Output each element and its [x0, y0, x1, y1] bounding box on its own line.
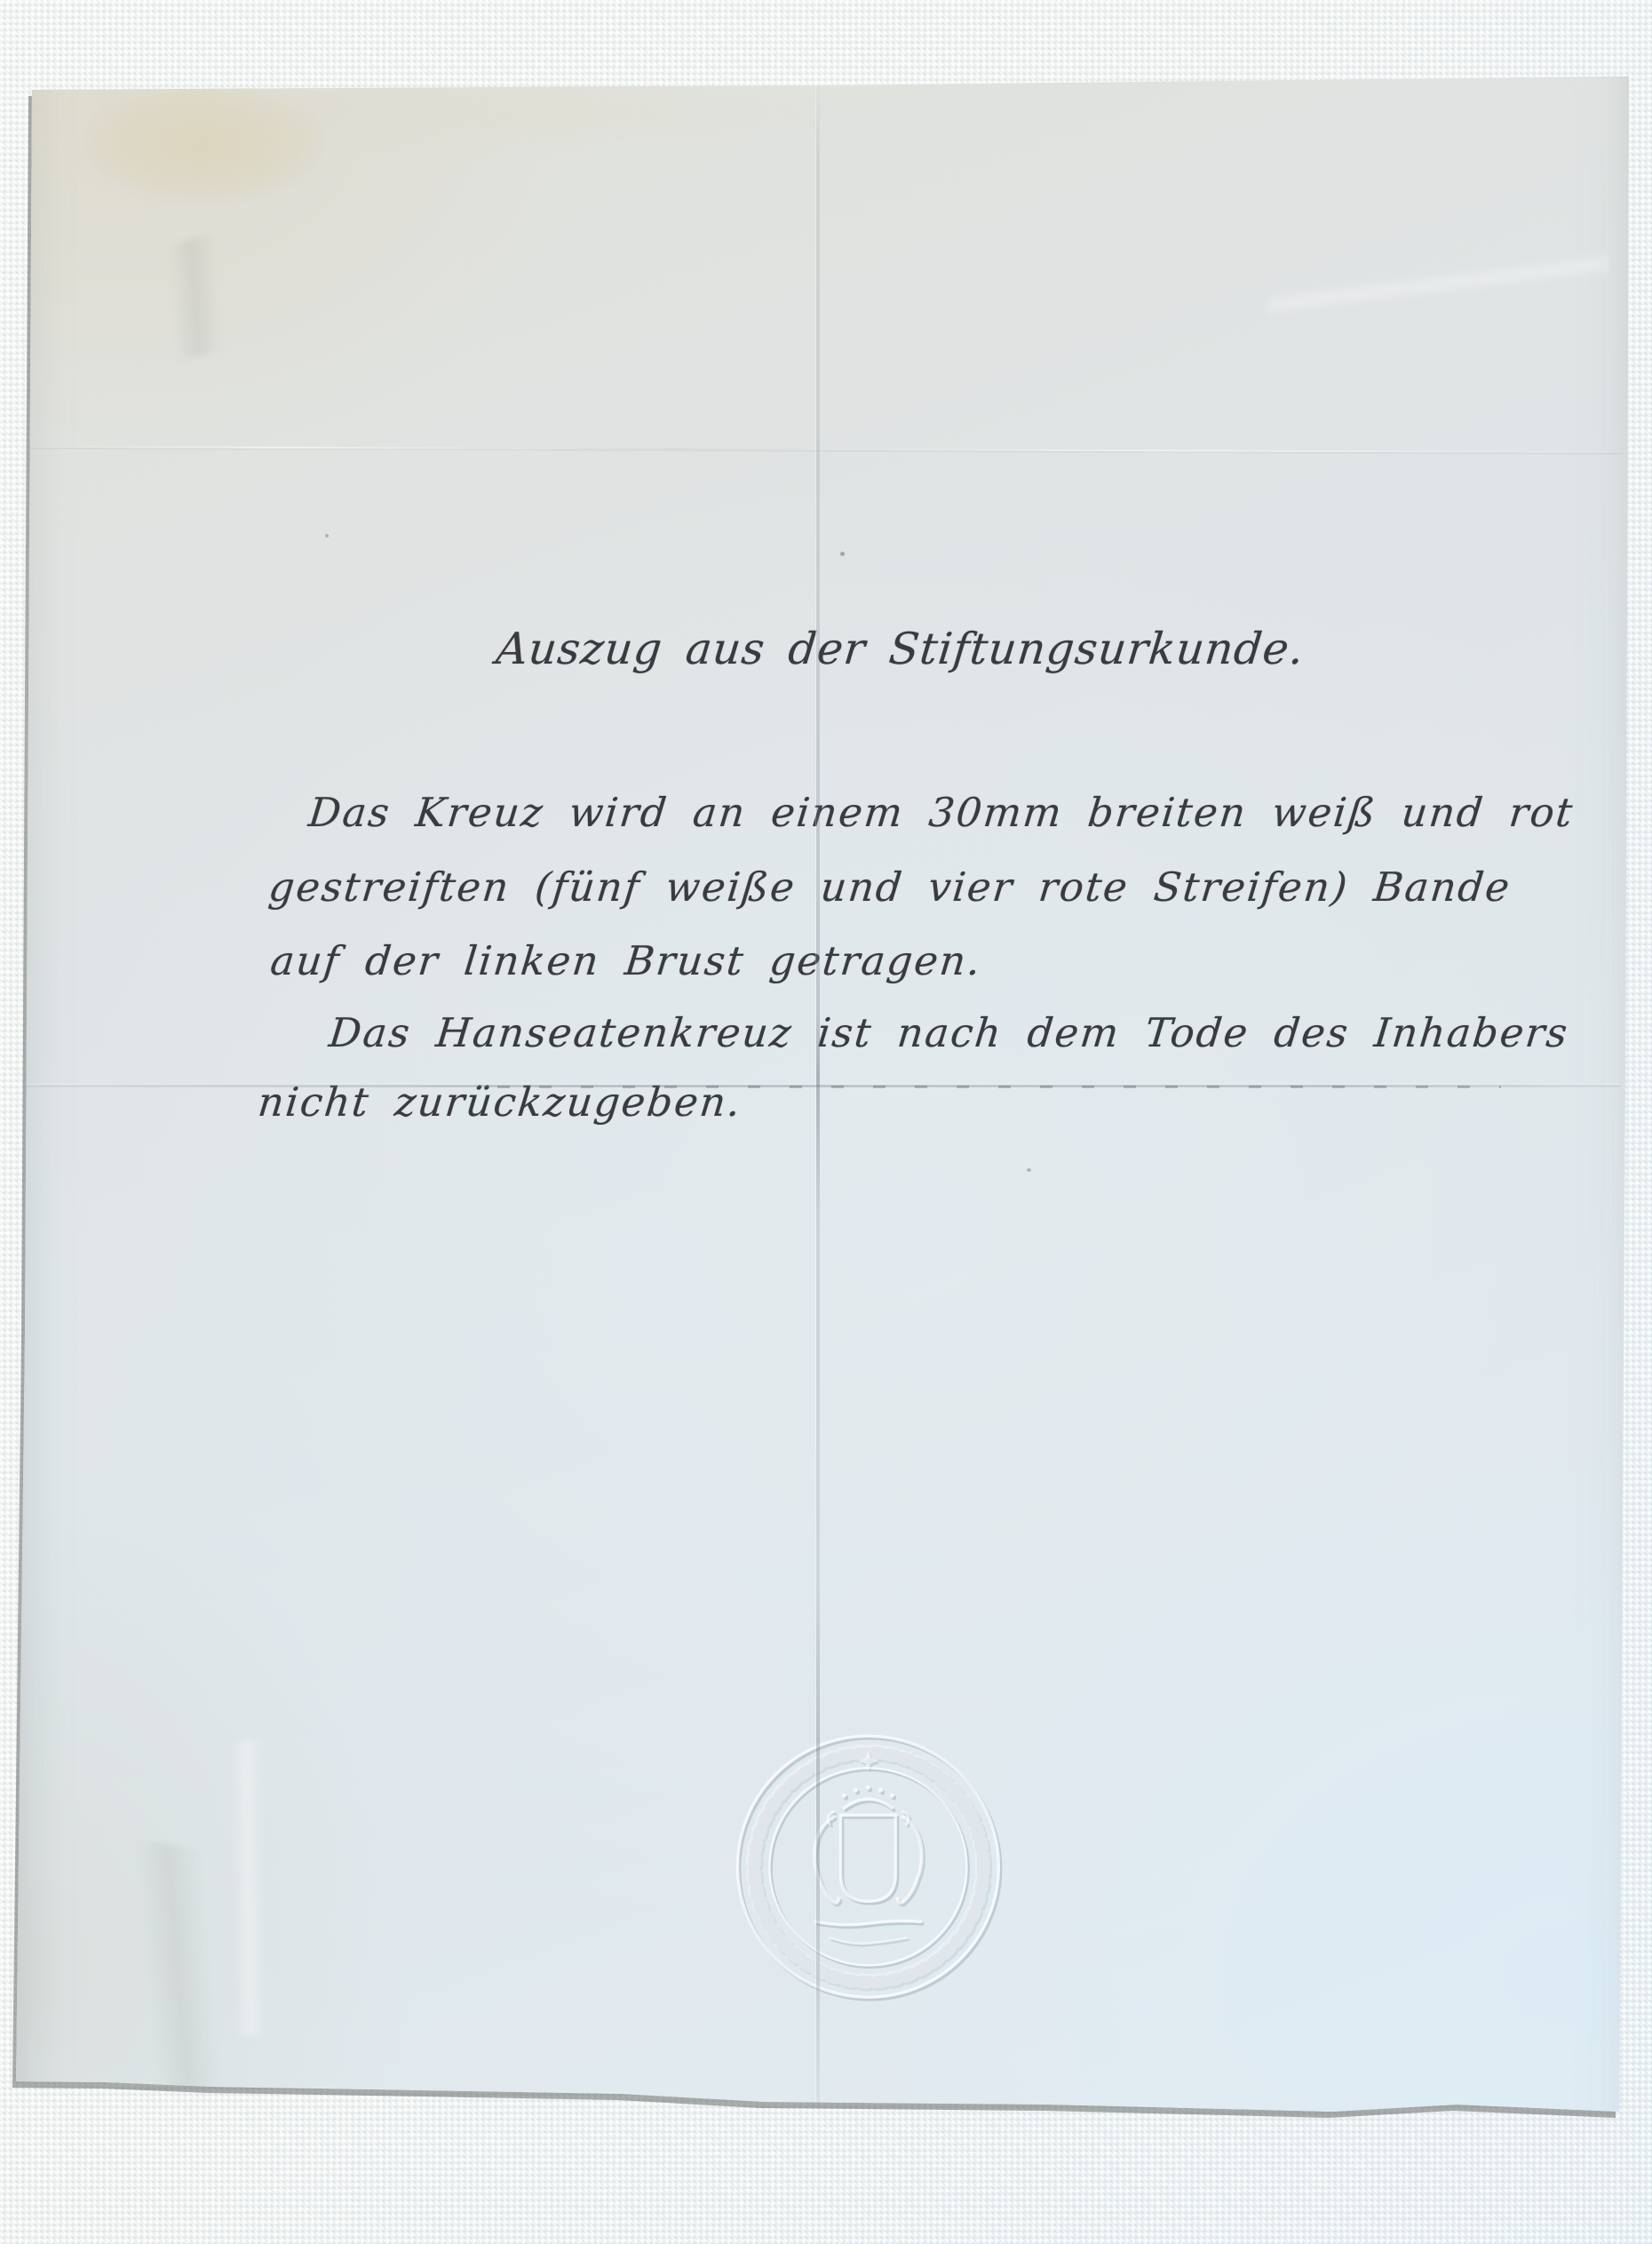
fold-crease-middle-marks [497, 1086, 1501, 1088]
paper-stain-band [293, 82, 844, 144]
document-title: Auszug aus der Stiftungsurkunde. [494, 624, 1307, 674]
text-line-1: Das Kreuz wird an einem 30mm breiten wei… [306, 789, 1577, 836]
photo-background: Auszug aus der Stiftungsurkunde. Das Kre… [0, 0, 1652, 2244]
paper-speck [1027, 1168, 1031, 1172]
paper-wrinkle [39, 206, 352, 389]
text-line-4: Das Hanseatenkreuz ist nach dem Tode des… [327, 1009, 1571, 1056]
paper-wrinkle [1267, 222, 1610, 346]
document-paper: Auszug aus der Stiftungsurkunde. Das Kre… [0, 0, 1652, 2244]
paper-wrinkle [118, 1730, 378, 2045]
embossed-seal [731, 1732, 1006, 2008]
paper-stain [84, 87, 322, 201]
fold-crease-vertical [816, 78, 820, 2111]
paper-speck [325, 534, 329, 537]
text-line-2: gestreiften (fünf weiße und vier rote St… [266, 863, 1513, 911]
text-line-3: auf der linken Brust getragen. [268, 937, 984, 984]
ink-speck [840, 552, 845, 556]
fold-crease-upper [30, 446, 1622, 453]
